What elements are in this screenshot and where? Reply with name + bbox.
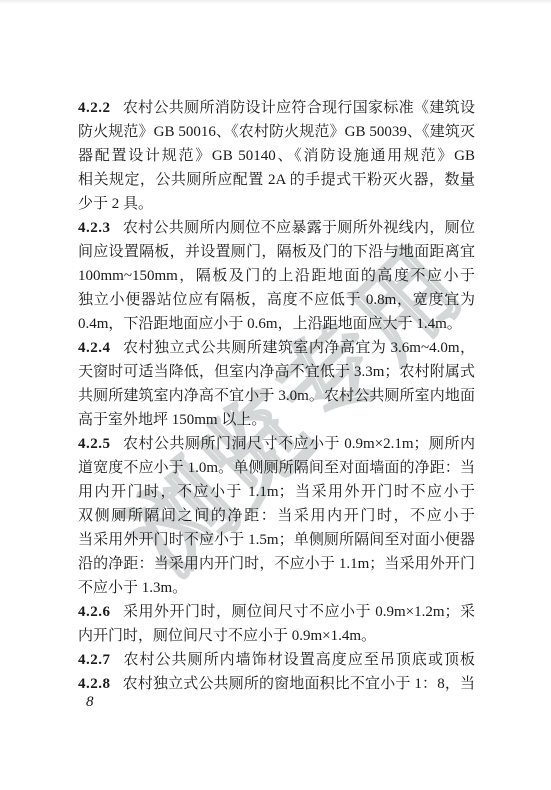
text-line: 少于 2 具。 [78, 192, 475, 216]
text-line: 器配置设计规范》GB 50140、《消防设施通用规范》GB 55036 的 [78, 144, 475, 168]
clause-number: 4.2.8 [78, 676, 123, 692]
text-line: 4.2.8农村独立式公共厕所的窗地面积比不宜小于 1：8，当墙 [78, 672, 475, 696]
clause-number: 4.2.2 [78, 100, 123, 116]
clause-number: 4.2.7 [78, 652, 123, 668]
document-page: 浏览专用 4.2.2农村公共厕所消防设计应符合现行国家标准《建筑设计防火规范》G… [0, 0, 551, 790]
text-line: 道宽度不应小于 1.0m。单侧厕所隔间至对面墙面的净距：当采 [78, 456, 475, 480]
text-line: 高于室外地坪 150mm 以上。 [78, 408, 475, 432]
text-line: 相关规定，公共厕所应配置 2A 的手提式干粉灭火器，数量不应 [78, 168, 475, 192]
text-line: 用内开门时，不应小于 1.1m；当采用外开门时不应小于 1.3m； [78, 480, 475, 504]
text-line: 4.2.4农村独立式公共厕所建筑室内净高宜为 3.6m~4.0m，设 [78, 336, 475, 360]
clause-number: 4.2.4 [78, 340, 123, 356]
text-line: 100mm~150mm，隔板及门的上沿距地面的高度不应小于 1.8m； [78, 264, 475, 288]
text-line: 4.2.3农村公共厕所内厕位不应暴露于厕所外视线内，厕位之 [78, 216, 475, 240]
text-line: 4.2.5农村公共厕所门洞尺寸不应小于 0.9m×2.1m；厕所内走 [78, 432, 475, 456]
text-line: 防火规范》GB 50016、《农村防火规范》GB 50039、《建筑灭火 [78, 120, 475, 144]
text-line: 共厕所建筑室内净高不宜小于 3.0m。农村公共厕所室内地面应 [78, 384, 475, 408]
text-line: 天窗时可适当降低，但室内净高不宜低于 3.3m；农村附属式公 [78, 360, 475, 384]
text-line: 0.4m，下沿距地面应小于 0.6m，上沿距地面应大于 1.4m。 [78, 312, 475, 336]
text-line: 独立小便器站位应有隔板，高度不应低于 0.8m，宽度宜为 [78, 288, 475, 312]
document-body: 4.2.2农村公共厕所消防设计应符合现行国家标准《建筑设计防火规范》GB 500… [78, 96, 475, 696]
text-line: 4.2.2农村公共厕所消防设计应符合现行国家标准《建筑设计 [78, 96, 475, 120]
clause-number: 4.2.6 [78, 604, 123, 620]
text-line: 内开门时，厕位间尺寸不应小于 0.9m×1.4m。 [78, 624, 475, 648]
clause-number: 4.2.5 [78, 436, 123, 452]
text-line: 4.2.7农村公共厕所内墙饰材设置高度应至吊顶底或顶板底。 [78, 648, 475, 672]
text-line: 当采用外开门时不应小于 1.5m；单侧厕所隔间至对面小便器外 [78, 528, 475, 552]
text-line: 不应小于 1.3m。 [78, 576, 475, 600]
text-line: 沿的净距：当采用内开门时，不应小于 1.1m；当采用外开门时， [78, 552, 475, 576]
clause-number: 4.2.3 [78, 220, 123, 236]
page-number: 8 [86, 694, 94, 711]
text-line: 4.2.6采用外开门时，厕位间尺寸不应小于 0.9m×1.2m；采用 [78, 600, 475, 624]
scan-edge [0, 0, 551, 4]
text-line: 间应设置隔板，并设置厕门，隔板及门的下沿与地面距离宜为 [78, 240, 475, 264]
text-line: 双侧厕所隔间之间的净距：当采用内开门时，不应小于 1.1m； [78, 504, 475, 528]
